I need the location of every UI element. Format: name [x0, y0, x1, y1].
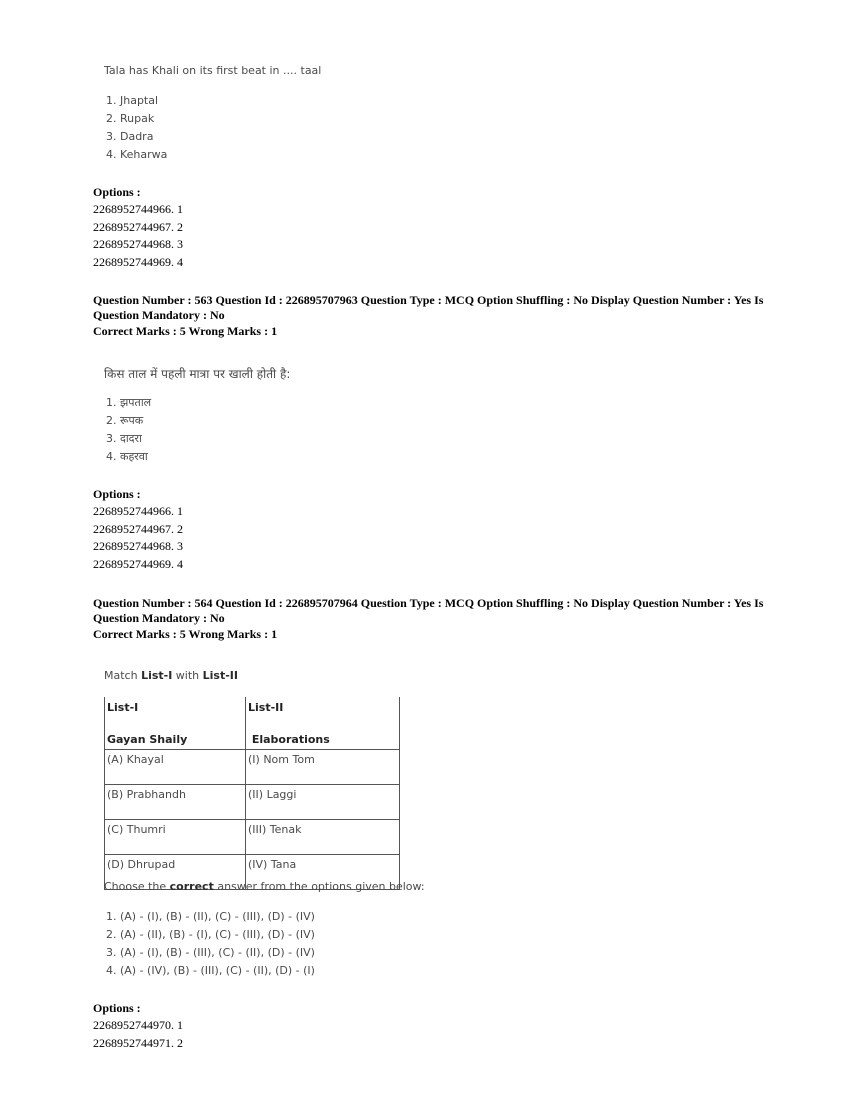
instruction-bold: correct [170, 880, 214, 893]
table-cell: (A) Khayal [105, 750, 246, 785]
question-562-options: Options : 2268952744966. 1 2268952744967… [93, 183, 183, 272]
question-563-meta: Question Number : 563 Question Id : 2268… [93, 293, 773, 339]
choice-item: 1. Jhaptal [106, 92, 167, 110]
option-row: 2268952744966. 1 [93, 503, 183, 521]
option-row: 2268952744967. 2 [93, 219, 183, 237]
option-row: 2268952744966. 1 [93, 201, 183, 219]
meta-line: Question Number : 563 Question Id : 2268… [93, 293, 773, 308]
table-cell: (C) Thumri [105, 820, 246, 855]
options-label: Options : [93, 485, 183, 503]
question-562-text: Tala has Khali on its first beat in ....… [104, 64, 321, 77]
column-subtitle: Gayan Shaily [107, 733, 243, 747]
question-564-options: Options : 2268952744970. 1 2268952744971… [93, 999, 183, 1052]
question-564-instruction: Choose the correct answer from the optio… [104, 880, 425, 893]
options-label: Options : [93, 183, 183, 201]
instruction-text: answer from the options given below: [214, 880, 425, 893]
meta-line: Question Mandatory : No [93, 308, 773, 323]
choice-item: 3. दादरा [106, 430, 151, 448]
choice-item: 2. (A) - (II), (B) - (I), (C) - (III), (… [106, 926, 315, 944]
intro-bold: List-II [203, 669, 238, 682]
intro-text: Match [104, 669, 141, 682]
column-title: List-II [248, 701, 397, 715]
option-row: 2268952744968. 3 [93, 236, 183, 254]
match-table: List-I Gayan Shaily List-II Elaborations… [104, 697, 400, 890]
question-564-intro: Match List-I with List-II [104, 669, 238, 682]
option-row: 2268952744969. 4 [93, 254, 183, 272]
table-header-row: List-I Gayan Shaily List-II Elaborations [105, 697, 400, 750]
question-564-meta: Question Number : 564 Question Id : 2268… [93, 596, 773, 642]
choice-item: 4. (A) - (IV), (B) - (III), (C) - (II), … [106, 962, 315, 980]
question-563-text: किस ताल में पहली मात्रा पर खाली होती है: [104, 365, 290, 382]
table-row: (C) Thumri (III) Tenak [105, 820, 400, 855]
column-subtitle: Elaborations [248, 733, 397, 747]
choice-item: 2. रूपक [106, 412, 151, 430]
choice-item: 2. Rupak [106, 110, 167, 128]
option-row: 2268952744969. 4 [93, 556, 183, 574]
choice-item: 3. Dadra [106, 128, 167, 146]
table-cell: (I) Nom Tom [246, 750, 400, 785]
table-header-cell: List-I Gayan Shaily [105, 697, 246, 750]
column-title: List-I [107, 701, 243, 715]
meta-line: Question Number : 564 Question Id : 2268… [93, 596, 773, 611]
meta-line: Question Mandatory : No [93, 611, 773, 626]
marks-line: Correct Marks : 5 Wrong Marks : 1 [93, 324, 773, 339]
table-header-cell: List-II Elaborations [246, 697, 400, 750]
question-562-choices: 1. Jhaptal 2. Rupak 3. Dadra 4. Keharwa [106, 92, 167, 164]
option-row: 2268952744971. 2 [93, 1035, 183, 1053]
options-label: Options : [93, 999, 183, 1017]
question-563-options: Options : 2268952744966. 1 2268952744967… [93, 485, 183, 574]
intro-bold: List-I [141, 669, 172, 682]
question-564-choices: 1. (A) - (I), (B) - (II), (C) - (III), (… [106, 908, 315, 980]
option-row: 2268952744970. 1 [93, 1017, 183, 1035]
choice-item: 1. (A) - (I), (B) - (II), (C) - (III), (… [106, 908, 315, 926]
choice-item: 4. Keharwa [106, 146, 167, 164]
table-row: (A) Khayal (I) Nom Tom [105, 750, 400, 785]
question-563-choices: 1. झपताल 2. रूपक 3. दादरा 4. कहरवा [106, 394, 151, 466]
table-cell: (II) Laggi [246, 785, 400, 820]
instruction-text: Choose the [104, 880, 170, 893]
choice-item: 1. झपताल [106, 394, 151, 412]
option-row: 2268952744967. 2 [93, 521, 183, 539]
option-row: 2268952744968. 3 [93, 538, 183, 556]
table-row: (B) Prabhandh (II) Laggi [105, 785, 400, 820]
table-cell: (B) Prabhandh [105, 785, 246, 820]
marks-line: Correct Marks : 5 Wrong Marks : 1 [93, 627, 773, 642]
choice-item: 4. कहरवा [106, 448, 151, 466]
table-cell: (III) Tenak [246, 820, 400, 855]
choice-item: 3. (A) - (I), (B) - (III), (C) - (II), (… [106, 944, 315, 962]
intro-text: with [172, 669, 202, 682]
